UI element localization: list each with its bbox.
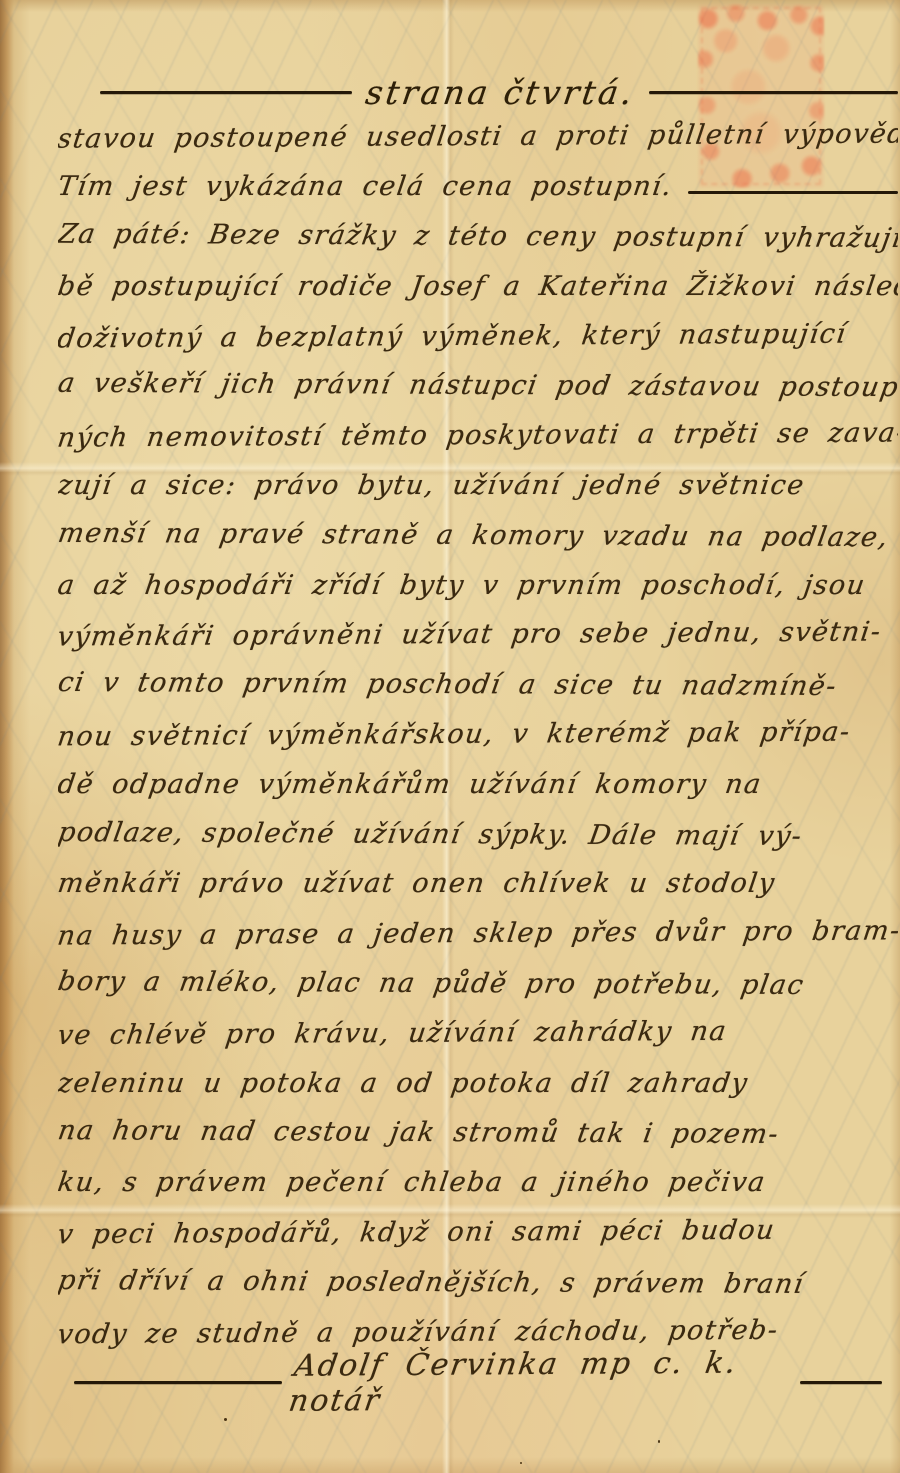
- manuscript-line: menší na pravé straně a komory vzadu na …: [58, 510, 898, 560]
- heading-rule-left: [100, 91, 352, 94]
- manuscript-line: ve chlévě pro krávu, užívání zahrádky na: [58, 1008, 898, 1058]
- manuscript-line: ku, s právem pečení chleba a jiného peči…: [58, 1158, 898, 1208]
- manuscript-line: zují a sice: právo bytu, užívání jedné s…: [58, 461, 898, 511]
- manuscript-line: Za páté: Beze srážky z této ceny postupn…: [58, 212, 898, 262]
- manuscript-line: nou světnicí výměnkářskou, v kterémž pak…: [58, 710, 898, 760]
- ink-speck: [658, 1440, 660, 1443]
- manuscript-line: a veškeří jich právní nástupci pod zásta…: [58, 361, 898, 411]
- manuscript-line: na horu nad cestou jak stromů tak i poze…: [58, 1108, 898, 1158]
- manuscript-line: ných nemovitostí těmto poskytovati a trp…: [58, 411, 898, 461]
- manuscript-line: bory a mléko, plac na půdě pro potřebu, …: [58, 959, 898, 1009]
- ink-speck: [224, 1418, 227, 1421]
- manuscript-line: na husy a prase a jeden sklep přes dvůr …: [58, 909, 898, 959]
- page-heading: strana čtvrtá.: [349, 73, 651, 112]
- scanned-manuscript-page: strana čtvrtá. stavou postoupené usedlos…: [0, 0, 900, 1473]
- manuscript-line: zeleninu u potoka a od potoka díl zahrad…: [58, 1058, 898, 1108]
- line-end-rule: [688, 191, 898, 194]
- manuscript-line: dě odpadne výměnkářům užívání komory na: [58, 759, 898, 809]
- notary-signature-row: Adolf Červinka mp c. k. notář: [0, 1357, 900, 1407]
- heading-rule-right: [649, 91, 898, 94]
- manuscript-line: výměnkáři oprávněni užívat pro sebe jedn…: [58, 610, 898, 660]
- manuscript-line: doživotný a bezplatný výměnek, který nas…: [58, 311, 898, 361]
- manuscript-line: ci v tomto prvním poschodí a sice tu nad…: [58, 660, 898, 710]
- manuscript-line: Tím jest vykázána celá cena postupní.: [58, 162, 898, 212]
- manuscript-line: stavou postoupené usedlosti a proti půll…: [58, 112, 898, 162]
- manuscript-line: při dříví a ohni poslednějších, s právem…: [58, 1257, 898, 1307]
- notary-signature: Adolf Červinka mp c. k. notář: [276, 1345, 805, 1419]
- manuscript-line: měnkáři právo užívat onen chlívek u stod…: [58, 859, 898, 909]
- manuscript-line: podlaze, společné užívání sýpky. Dále ma…: [58, 809, 898, 859]
- signature-rule-left: [74, 1381, 282, 1384]
- signature-rule-right: [800, 1381, 882, 1384]
- manuscript-body: stavou postoupené usedlosti a proti půll…: [58, 112, 898, 1357]
- page-heading-row: strana čtvrtá.: [0, 70, 900, 114]
- ink-speck: [520, 1462, 522, 1464]
- manuscript-line: a až hospodáři zřídí byty v prvním posch…: [58, 560, 898, 610]
- manuscript-line: v peci hospodářů, když oni sami péci bud…: [58, 1208, 898, 1258]
- manuscript-line: bě postupující rodiče Josef a Kateřina Ž…: [58, 261, 898, 311]
